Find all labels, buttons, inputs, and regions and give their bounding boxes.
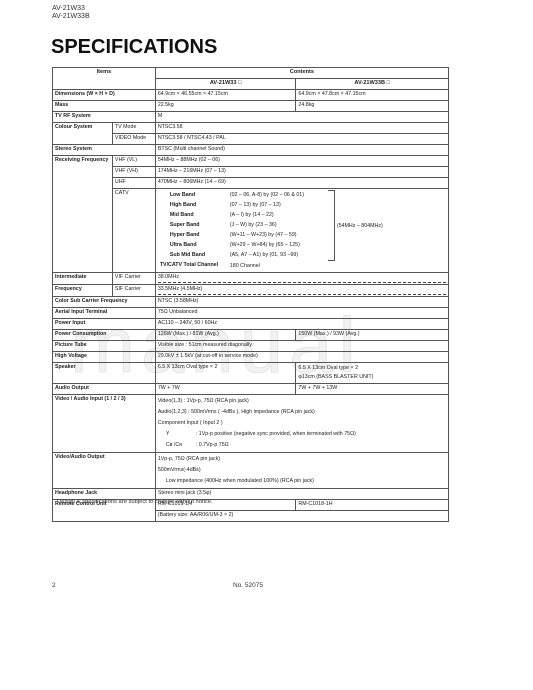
table-row: Video/Audio Output 1Vp-p, 75Ω (RCA pin j…: [53, 453, 449, 489]
band-name: Sub Mid Band: [158, 251, 228, 261]
catv-band-table: Low Band (02 – 06, A-8) by (02 – 06 & 01…: [158, 190, 446, 271]
band-value: (07 – 13) by (07 – 13): [228, 201, 328, 211]
band-name: Ultra Band: [158, 241, 228, 251]
table-header-row: Items Contents: [53, 68, 449, 79]
row-label: Video / Audio Input (1 / 2 / 3): [53, 395, 156, 453]
sub-label: TV Mode: [112, 123, 155, 134]
cell-value: 150W (Max.) / 93W (Avg.): [296, 330, 449, 341]
av-output-line-2: 500mVrms(-4dBs): [158, 465, 446, 476]
row-label: Picture Tube: [53, 341, 156, 352]
total-label: TV/CATV Total Channel: [158, 261, 228, 272]
model-header: AV-21W33 AV-21W33B: [52, 5, 90, 21]
cell-value: 470MHz – 806MHz (14 – 69): [155, 178, 448, 189]
page-title: SPECIFICATIONS: [51, 36, 217, 59]
cell-value: 38.0MHz: [155, 273, 448, 285]
sif-value: 33.5MHz (4.5MHz): [158, 286, 446, 292]
document-number: No. 52075: [233, 582, 263, 589]
spec-table: Items Contents AV-21W33 □ AV-21W33B □ Di…: [52, 67, 449, 522]
row-label: Dimensions (W × H × D): [53, 90, 156, 101]
row-label: Headphone Jack: [53, 489, 156, 500]
sub-label: CATV: [112, 189, 155, 273]
row-label: Receiving Frequency: [53, 156, 113, 273]
cell-value: 29.0kV ± 1.5kV (at cut-off in service mo…: [155, 352, 448, 363]
cell-value: 54MHz – 88MHz (02 – 06): [155, 156, 448, 167]
sub-label: VHF (VH): [112, 167, 155, 178]
cell-value: 126W (Max.) / 81W (Avg.): [155, 330, 296, 341]
disclaimer-note: Design & specifications are subject to c…: [57, 499, 213, 505]
c-label: Cʙ /Cʀ: [166, 440, 196, 451]
table-row: Color Sub Carrier Frequency NTSC (3.58MH…: [53, 297, 449, 308]
row-label: Speaker: [53, 363, 156, 384]
cell-value: 7W + 7W: [155, 384, 296, 395]
cell-value: AC110 – 240V, 50 / 60Hz: [155, 319, 448, 330]
model-name-1: AV-21W33: [52, 5, 90, 13]
table-row: Speaker 6.5 X 13cm Oval type × 2 6.5 X 1…: [53, 363, 449, 384]
table-row: High Voltage 29.0kV ± 1.5kV (at cut-off …: [53, 352, 449, 363]
table-row: Mass 22.5kg 24.8kg: [53, 101, 449, 112]
items-header: Items: [53, 68, 156, 90]
band-value: (A – I) by (14 – 22): [228, 211, 328, 221]
row-label: High Voltage: [53, 352, 156, 363]
row-label: Colour System: [53, 123, 113, 145]
table-row: CATV Low Band (02 – 06, A-8) by (02 – 06…: [53, 189, 449, 273]
cell-value: 75Ω Unbalanced: [155, 308, 448, 319]
row-label: Stereo System: [53, 145, 156, 156]
table-row: Audio Output 7W + 7W 7W + 7W + 13W: [53, 384, 449, 395]
cell-value: 24.8kg: [296, 101, 449, 112]
band-name: Low Band: [158, 191, 228, 201]
table-row: Video / Audio Input (1 / 2 / 3) Video(1,…: [53, 395, 449, 453]
vif-value: 38.0MHz: [158, 274, 446, 280]
cell-value: 22.5kg: [155, 101, 296, 112]
av-input-y: Y: 1Vp-p positive (negative sync provide…: [158, 429, 446, 440]
page-number: 2: [52, 582, 56, 589]
y-value: : 1Vp-p positive (negative sync provided…: [196, 431, 356, 437]
band-value: (J – W) by (23 – 36): [228, 221, 328, 231]
cell-value: M: [155, 112, 448, 123]
sub-label: SIF Carrier: [112, 285, 155, 297]
table-row: VIDEO Mode NTSC3.58 / NTSC4.43 / PAL: [53, 134, 449, 145]
row-label: Power Input: [53, 319, 156, 330]
av-output-line-3: Low impedance (400Hz when modulated 100%…: [158, 476, 446, 487]
cell-value: Video(1,3) : 1Vp-p, 75Ω (RCA pin jack) A…: [155, 395, 448, 453]
av-input-video: Video(1,3) : 1Vp-p, 75Ω (RCA pin jack): [158, 396, 446, 407]
band-name: High Band: [158, 201, 228, 211]
dashed-line: [158, 282, 446, 283]
speaker-b-line-1: 6.5 X 13cm Oval type × 2: [298, 364, 446, 373]
band-name: Super Band: [158, 221, 228, 231]
row-label: Aerial Input Terminal: [53, 308, 156, 319]
av-output-line-1: 1Vp-p, 75Ω (RCA pin jack): [158, 454, 446, 465]
band-value: (W+11 – W+23) by (47 – 59): [228, 231, 328, 241]
table-row: Dimensions (W × H × D) 64.9cm × 46.55cm …: [53, 90, 449, 101]
sub-label: UHF: [112, 178, 155, 189]
cell-value: BTSC (Multi channel Sound): [155, 145, 448, 156]
model-b-header: AV-21W33B □: [296, 79, 449, 90]
band-total-row: TV/CATV Total Channel 180 Channel: [158, 261, 446, 272]
row-label: Frequency: [53, 285, 113, 297]
band-value: (W+29 – W+84) by (65 – 125): [228, 241, 328, 251]
av-input-audio: Audio(1,2,3) : 500mVrms ( -4dBs ), High …: [158, 407, 446, 418]
cell-value: (Battery size: AA/R06/UM-3 × 2): [155, 511, 448, 522]
table-row: Power Input AC110 – 240V, 50 / 60Hz: [53, 319, 449, 330]
av-input-component: Component Input ( Input 2 ): [158, 418, 446, 429]
catv-bands: Low Band (02 – 06, A-8) by (02 – 06 & 01…: [155, 189, 448, 273]
table-row: Power Consumption 126W (Max.) / 81W (Avg…: [53, 330, 449, 341]
row-label: Video/Audio Output: [53, 453, 156, 489]
band-name: Mid Band: [158, 211, 228, 221]
row-label: Intermediate: [53, 273, 113, 285]
sub-label: VIDEO Mode: [112, 134, 155, 145]
band-value: (A5, A7 – A1) by (01, 93 –99): [228, 251, 328, 261]
table-row: UHF 470MHz – 806MHz (14 – 69): [53, 178, 449, 189]
c-value: : 0.7Vp-p 75Ω: [196, 442, 229, 448]
cell-value: 1Vp-p, 75Ω (RCA pin jack) 500mVrms(-4dBs…: [155, 453, 448, 489]
table-row: Picture Tube Visible size : 51cm measure…: [53, 341, 449, 352]
cell-value: NTSC3.58 / NTSC4.43 / PAL: [155, 134, 448, 145]
catv-range: (54MHz – 804MHz): [334, 191, 446, 261]
band-value: (02 – 06, A-8) by (02 – 06 & 01): [228, 191, 328, 201]
cell-value: NTSC (3.58MHz): [155, 297, 448, 308]
cell-value: Visible size : 51cm measured diagonally: [155, 341, 448, 352]
row-label: Mass: [53, 101, 156, 112]
row-label: Audio Output: [53, 384, 156, 395]
cell-value: RM-C1018-1H: [296, 500, 449, 511]
row-label: Power Consumption: [53, 330, 156, 341]
band-row: Low Band (02 – 06, A-8) by (02 – 06 & 01…: [158, 191, 446, 201]
total-value: 180 Channel: [228, 261, 446, 272]
row-label: TV RF System: [53, 112, 156, 123]
contents-header: Contents: [155, 68, 448, 79]
table-row: VHF (VH) 174MHz – 216MHz (07 – 13): [53, 167, 449, 178]
cell-value: NTSC3.58: [155, 123, 448, 134]
av-input-c: Cʙ /Cʀ: 0.7Vp-p 75Ω: [158, 440, 446, 451]
speaker-b-line-2: φ13cm (BASS BLASTER UNIT): [298, 373, 446, 382]
cell-value: Stereo mini jack (3.5φ): [155, 489, 448, 500]
cell-value: 64.9cm × 47.8cm × 47.15cm: [296, 90, 449, 101]
model-name-2: AV-21W33B: [52, 13, 90, 21]
cell-value: 7W + 7W + 13W: [296, 384, 449, 395]
table-row: Headphone Jack Stereo mini jack (3.5φ): [53, 489, 449, 500]
cell-value: 6.5 X 13cm Oval type × 2 φ13cm (BASS BLA…: [296, 363, 449, 384]
sub-label: VIF Carrier: [112, 273, 155, 285]
table-row: Receiving Frequency VHF (VL) 54MHz – 88M…: [53, 156, 449, 167]
row-label: Color Sub Carrier Frequency: [53, 297, 156, 308]
table-row: Intermediate VIF Carrier 38.0MHz: [53, 273, 449, 285]
y-label: Y: [166, 429, 196, 440]
cell-value: 64.9cm × 46.55cm × 47.15cm: [155, 90, 296, 101]
cell-value: 174MHz – 216MHz (07 – 13): [155, 167, 448, 178]
cell-value: 6.5 X 13cm Oval type × 2: [155, 363, 296, 384]
cell-value: 33.5MHz (4.5MHz): [155, 285, 448, 297]
table-row: TV RF System M: [53, 112, 449, 123]
table-row: Aerial Input Terminal 75Ω Unbalanced: [53, 308, 449, 319]
sub-label: VHF (VL): [112, 156, 155, 167]
table-row: Colour System TV Mode NTSC3.58: [53, 123, 449, 134]
dashed-line: [158, 294, 446, 295]
model-a-header: AV-21W33 □: [155, 79, 296, 90]
table-row: Stereo System BTSC (Multi channel Sound): [53, 145, 449, 156]
table-row: Frequency SIF Carrier 33.5MHz (4.5MHz): [53, 285, 449, 297]
band-name: Hyper Band: [158, 231, 228, 241]
